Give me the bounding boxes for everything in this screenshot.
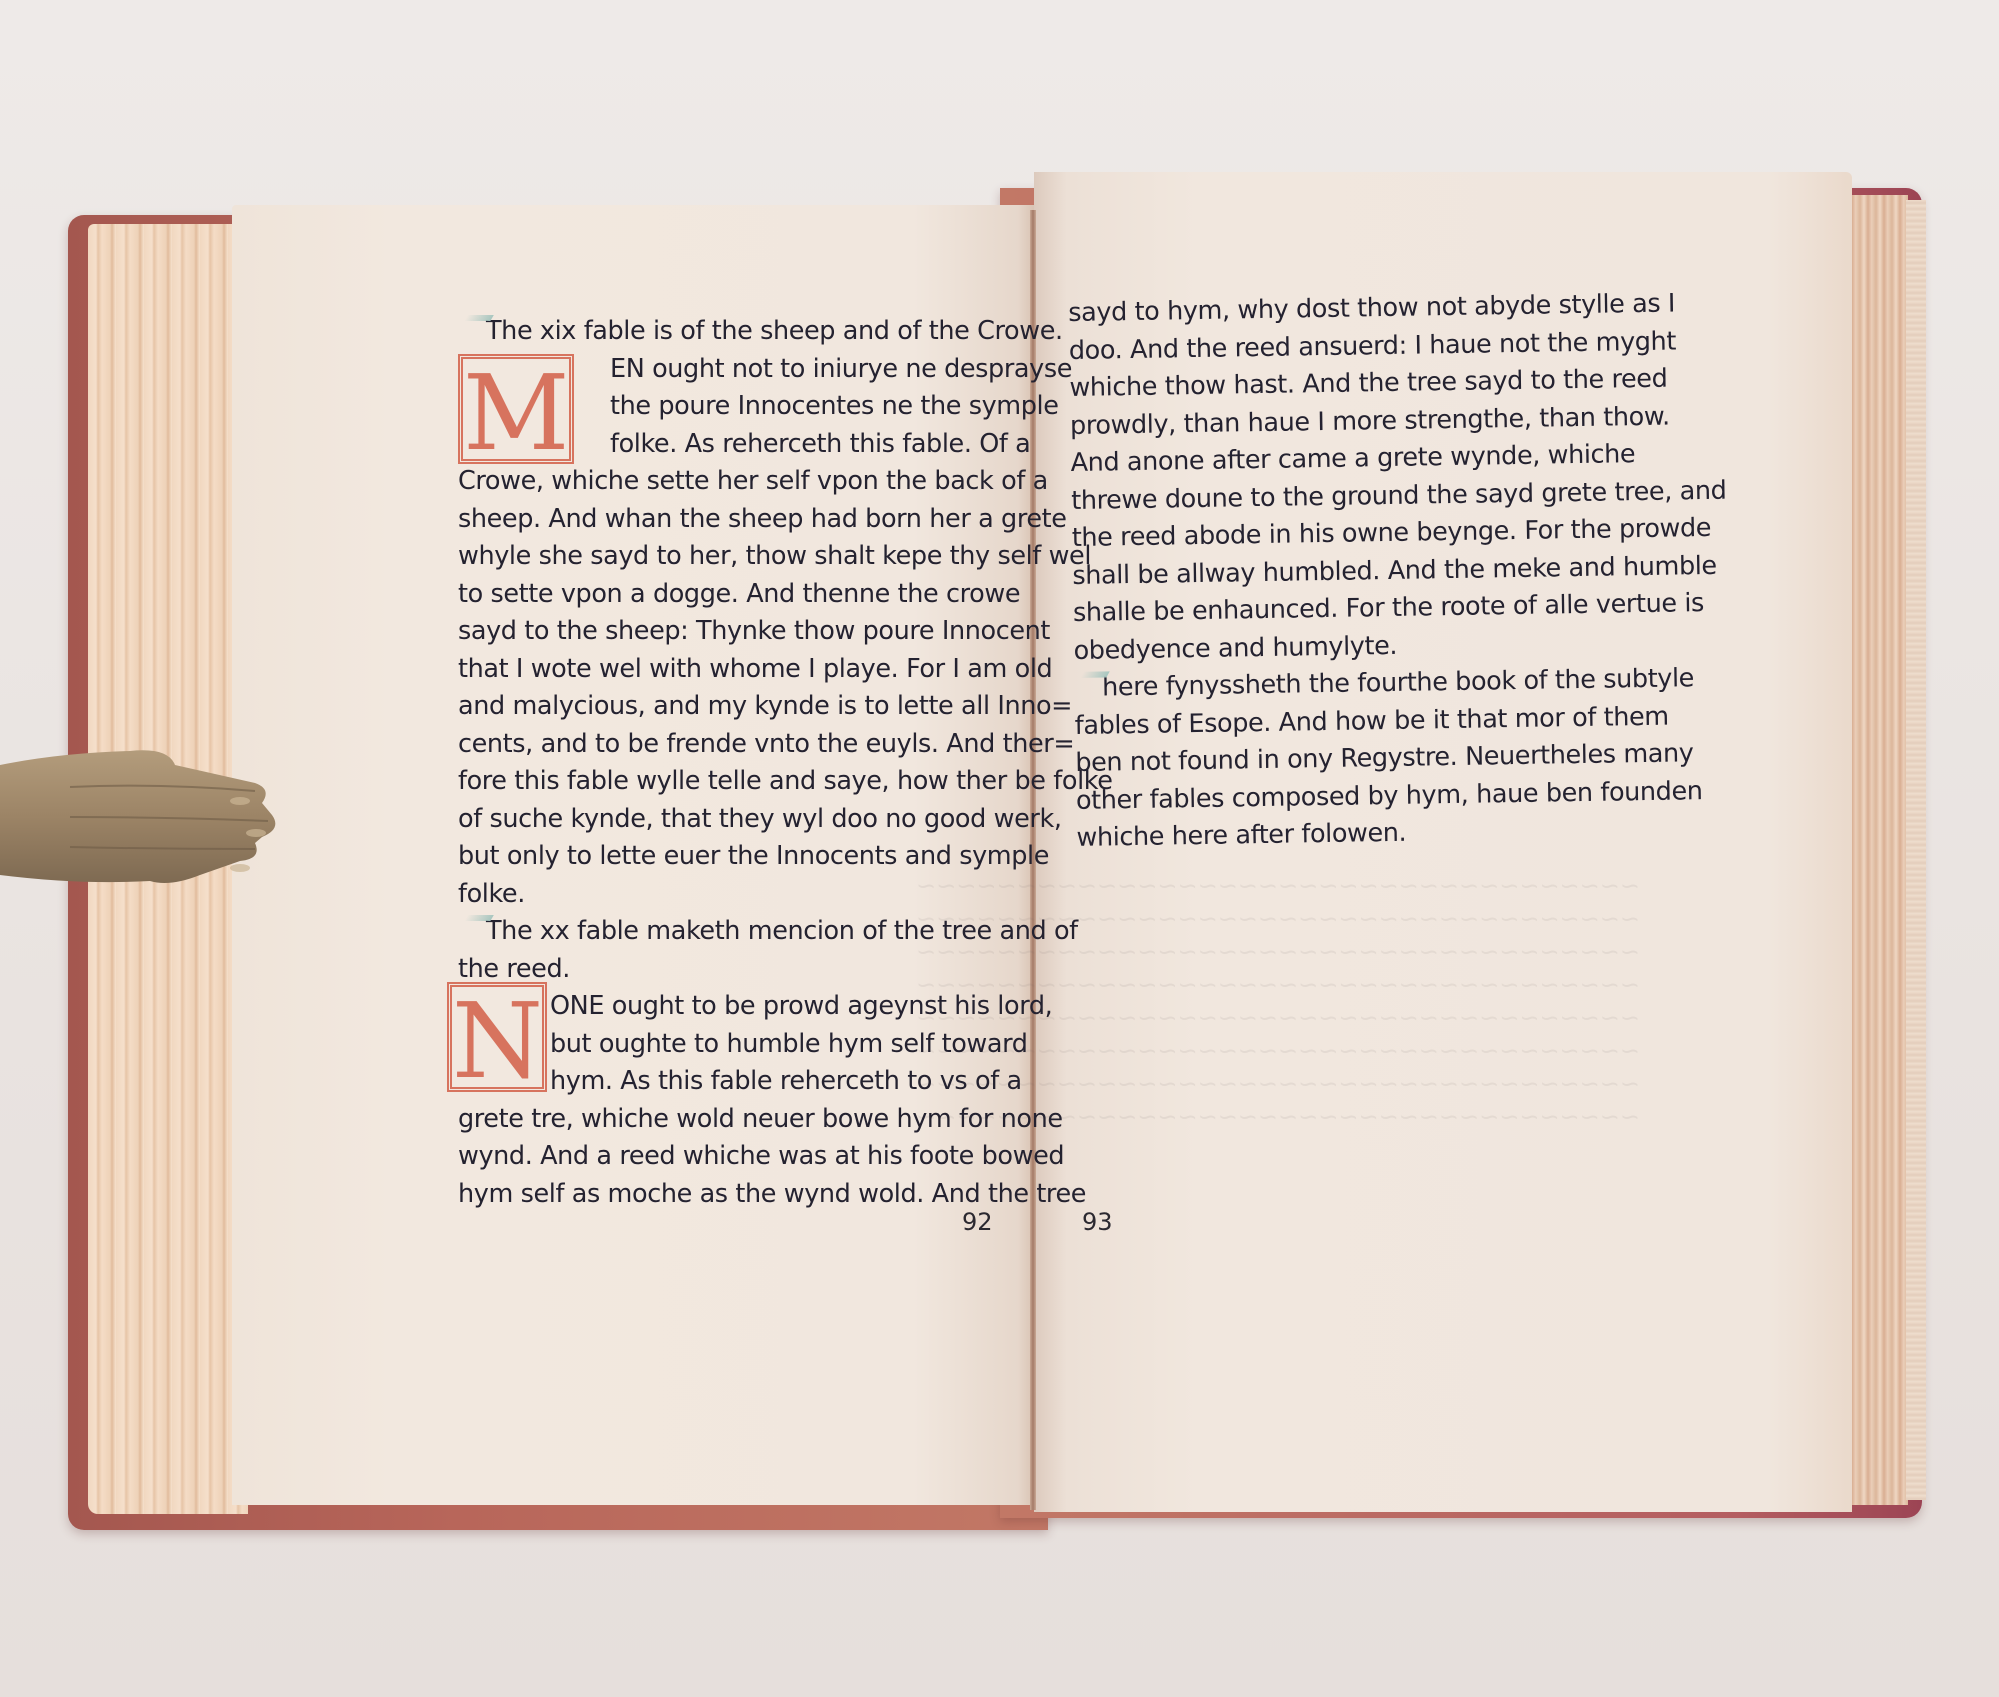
text-line: of suche kynde, that they wyl doo no goo… [458,801,986,839]
text-line: but only to lette euer the Innocents and… [458,838,986,876]
text-line: whyle she sayd to her, thow shalt kepe t… [458,538,986,576]
paragraph-mark-icon [464,915,493,921]
page-number-left: 92 [962,1208,993,1236]
text-line: folke. [458,876,986,914]
bronze-hand-bookweight-icon [0,725,278,885]
text-line: hym self as moche as the wynd wold. And … [458,1176,986,1214]
text-line: to sette vpon a dogge. And thenne the cr… [458,576,986,614]
text-line: and malycious, and my kynde is to lette … [458,688,986,726]
page-edges-right-deckle [1906,200,1926,1500]
fable-xx-heading: The xx fable maketh mencion of the tree … [458,913,986,951]
text-line: sheep. And whan the sheep had born her a… [458,501,986,539]
paragraph-mark-icon [464,315,493,321]
text-line: sayd to the sheep: Thynke thow poure Inn… [458,613,986,651]
text-line: cents, and to be frende vnto the euyls. … [458,726,986,764]
page-number-right: 93 [1082,1208,1113,1236]
text-line: fore this fable wylle telle and saye, ho… [458,763,986,801]
drop-cap-n: N [447,982,547,1092]
drop-cap-m: M [458,354,574,464]
text-line: wynd. And a reed whiche was at his foote… [458,1138,986,1176]
text-line: grete tre, whiche wold neuer bowe hym fo… [458,1101,986,1139]
text-line: that I wote wel with whome I playe. For … [458,651,986,689]
right-page-text: sayd to hym, why dost thow not abyde sty… [1068,286,1632,857]
fable-xix-heading: The xix fable is of the sheep and of the… [458,313,986,351]
paragraph-mark-icon [1080,671,1109,677]
